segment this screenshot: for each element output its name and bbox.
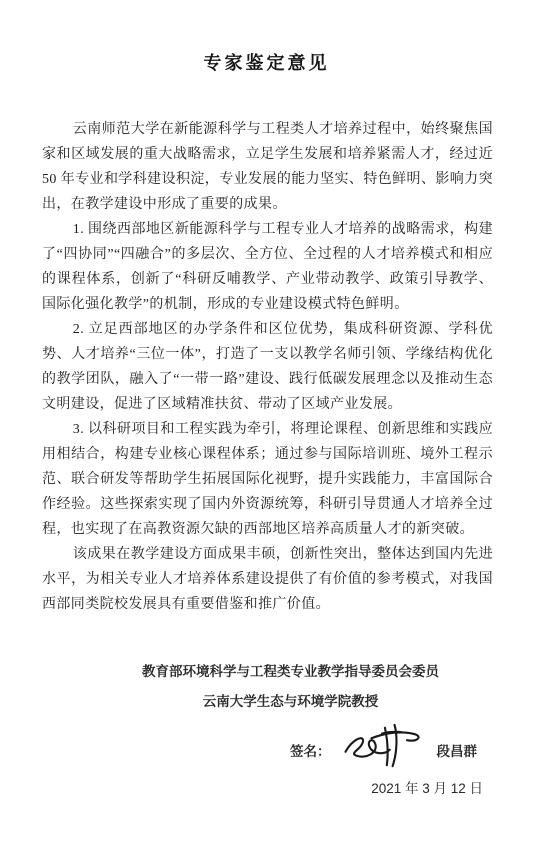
signer-affiliation-committee: 教育部环境科学与工程类专业教学指导委员会委员 xyxy=(0,657,533,687)
paragraph-point-1: 1. 围绕西部地区新能源科学与工程专业人才培养的战略需求，构建了“四协同”“四融… xyxy=(42,217,493,317)
signature-date: 2021 年 3 月 12 日 xyxy=(0,777,533,797)
document-title: 专家鉴定意见 xyxy=(0,0,533,75)
document-body: 云南师范大学在新能源科学与工程类人才培养过程中，始终聚焦国家和区域发展的重大战略… xyxy=(0,117,533,617)
handwritten-signature-icon xyxy=(339,721,427,769)
signer-name: 段昌群 xyxy=(437,740,478,760)
document-page: 专家鉴定意见 云南师范大学在新能源科学与工程类人才培养过程中，始终聚焦国家和区域… xyxy=(0,0,533,852)
signature-label: 签名： xyxy=(290,740,331,760)
paragraph-point-3: 3. 以科研项目和工程实践为牵引，将理论课程、创新思维和实践应用相结合，构建专业… xyxy=(42,417,493,542)
signer-affiliation-university: 云南大学生态与环境学院教授 xyxy=(0,687,533,717)
paragraph-point-2: 2. 立足西部地区的办学条件和区位优势，集成科研资源、学科优势、人才培养“三位一… xyxy=(42,317,493,417)
signature-row: 签名： 段昌群 xyxy=(0,727,533,773)
paragraph-conclusion: 该成果在教学建设方面成果丰硕，创新性突出，整体达到国内先进水平，为相关专业人才培… xyxy=(42,542,493,617)
signoff-block: 教育部环境科学与工程类专业教学指导委员会委员 云南大学生态与环境学院教授 签名：… xyxy=(0,657,533,797)
paragraph-intro: 云南师范大学在新能源科学与工程类人才培养过程中，始终聚焦国家和区域发展的重大战略… xyxy=(42,117,493,217)
